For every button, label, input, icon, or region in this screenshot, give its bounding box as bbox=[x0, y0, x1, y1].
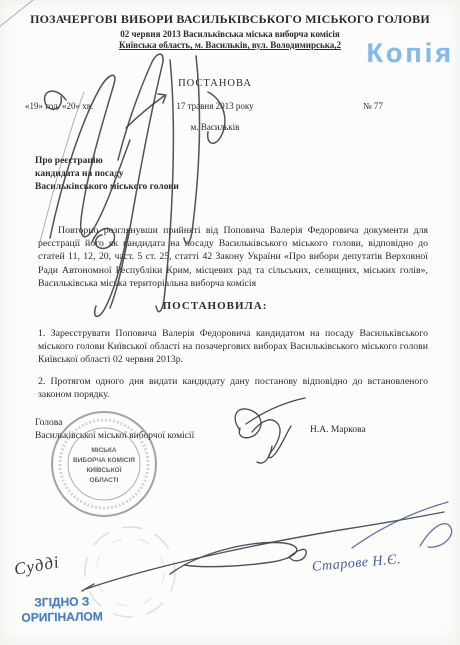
seal-text-line-3: КИЇВСЬКОЇ bbox=[86, 466, 121, 474]
copy-stamp: Копія bbox=[366, 38, 454, 69]
meta-date: 17 травня 2013 року bbox=[20, 101, 410, 111]
seal-text-line-2: ВИБОРЧА КОМІСІЯ bbox=[73, 457, 135, 464]
resolution-item-1: 1. Зареєструвати Поповича Валерія Федоро… bbox=[38, 327, 428, 367]
scanned-document-page: ПОЗАЧЕРГОВІ ВИБОРИ ВАСИЛЬКІВСЬКОГО МІСЬК… bbox=[0, 0, 460, 645]
commission-seal-stamp: МІСЬКА ВИБОРЧА КОМІСІЯ КИЇВСЬКОЇ ОБЛАСТІ bbox=[48, 405, 160, 523]
header-title: ПОЗАЧЕРГОВІ ВИБОРИ ВАСИЛЬКІВСЬКОГО МІСЬК… bbox=[0, 12, 460, 27]
handwritten-signatory-name: Старове Н.Є. bbox=[311, 552, 401, 576]
handwritten-left-note: Судді bbox=[13, 552, 62, 580]
subject-line-3: Васильківського міського голови bbox=[35, 181, 179, 194]
seal-text-line-4: ОБЛАСТІ bbox=[90, 477, 119, 484]
verify-stamp-line-2: ОРИГІНАЛОМ bbox=[8, 609, 116, 626]
subject-block: Про реєстрацію кандидата на посаду Васил… bbox=[35, 155, 179, 194]
handwriting-overlay bbox=[0, 0, 460, 645]
signer-name: Н.А. Маркова bbox=[310, 425, 366, 435]
meta-number: № 77 bbox=[363, 101, 383, 111]
chairperson-signature bbox=[235, 398, 305, 463]
meta-place: м. Васильків bbox=[20, 122, 410, 132]
seal-text-line-1: МІСЬКА bbox=[91, 447, 117, 454]
certified-true-copy-stamp: ЗГІДНО З ОРИГІНАЛОМ bbox=[8, 594, 117, 626]
subject-line-1: Про реєстрацію bbox=[35, 155, 179, 168]
resolution-item-2: 2. Протягом одного дня видати кандидату … bbox=[38, 375, 428, 401]
preamble-paragraph: Повторно розглянувши прийняті від Попови… bbox=[38, 224, 428, 290]
document-type-title: ПОСТАНОВА bbox=[20, 78, 410, 89]
subject-line-2: кандидата на посаду bbox=[35, 168, 179, 181]
resolved-heading: ПОСТАНОВИЛА: bbox=[20, 300, 410, 312]
